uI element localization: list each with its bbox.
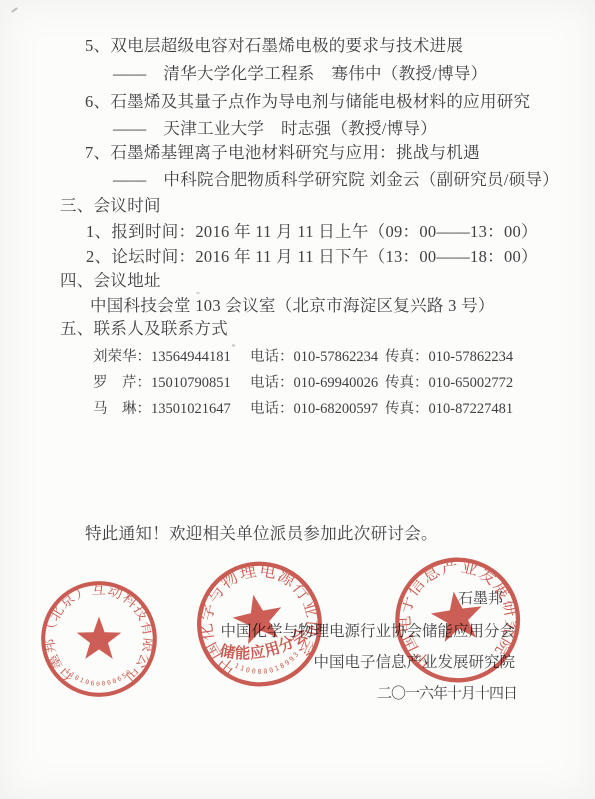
section-contact-heading: 五、联系人及联系方式 [60,319,228,339]
contact-fax: 传真：010-87227481 [385,397,513,418]
contact-phone: 电话：010-57862234 [250,345,378,366]
institute-seal-stamp: 中国电子信息产业发展研究院 [382,544,534,700]
contact-fax: 传真：010-57862234 [385,345,513,366]
contact-name-mobile: 马 琳：13501021647 [93,397,231,418]
seal-graphic: 中国化学与物理电源行业协会 储能应用分会 110000018993 [180,545,339,704]
venue-address: 中国科技会堂 103 会议室（北京市海淀区复兴路 3 号） [90,296,495,316]
section-venue-heading: 四、会议地址 [60,271,161,291]
agenda-item-5-speaker: —— 清华大学化学工程系 骞伟中（教授/博导） [113,64,487,84]
contact-name-mobile: 罗 芹：15010790851 [93,371,231,392]
agenda-item-7-speaker: —— 中科院合肥物质科学研究院 刘金云（副研究员/硕导） [113,170,559,190]
association-seal-stamp: 中国化学与物理电源行业协会 储能应用分会 110000018993 [180,545,340,709]
scan-artifact [11,7,18,13]
section-time-heading: 三、会议时间 [60,196,161,216]
registration-time: 1、报到时间：2016 年 11 月 11 日上午（09：00——13：00） [86,222,538,242]
agenda-item-7-title: 7、石墨烯基锂离子电池材料研究与应用：挑战与机遇 [85,143,480,163]
contact-fax: 传真：010-65002772 [385,371,513,392]
contact-phone: 电话：010-69940026 [250,371,378,392]
star-icon [229,590,287,647]
scan-artifact [232,344,235,347]
contact-phone: 电话：010-68200597 [250,397,378,418]
agenda-item-5-title: 5、双电层超级电容对石墨烯电极的要求与技术进展 [85,36,463,56]
document-page: 5、双电层超级电容对石墨烯电极的要求与技术进展 —— 清华大学化学工程系 骞伟中… [0,0,595,799]
star-icon [428,588,485,643]
seal-serial: 1101060000650 [64,668,134,688]
svg-text:1101060000650: 1101060000650 [64,668,134,688]
seal-graphic: 中国电子信息产业发展研究院 [382,544,533,695]
forum-time: 2、论坛时间：2016 年 11 月 11 日下午（13：00——18：00） [86,247,538,267]
scan-artifact [196,291,200,294]
contact-name-mobile: 刘荣华：13564944181 [93,345,231,366]
agenda-item-6-title: 6、石墨烯及其量子点作为导电剂与储能电极材料的应用研究 [85,92,530,112]
closing-notice: 特此通知！欢迎相关单位派员参加此次研讨会。 [85,524,438,544]
star-icon [77,617,122,659]
agenda-item-6-speaker: —— 天津工业大学 时志强（教授/博导） [113,119,437,139]
seal-graphic: 石墨邦（北京）互动科技有限公司 1101060000650 [36,576,162,702]
company-seal-stamp: 石墨邦（北京）互动科技有限公司 1101060000650 [36,576,162,707]
